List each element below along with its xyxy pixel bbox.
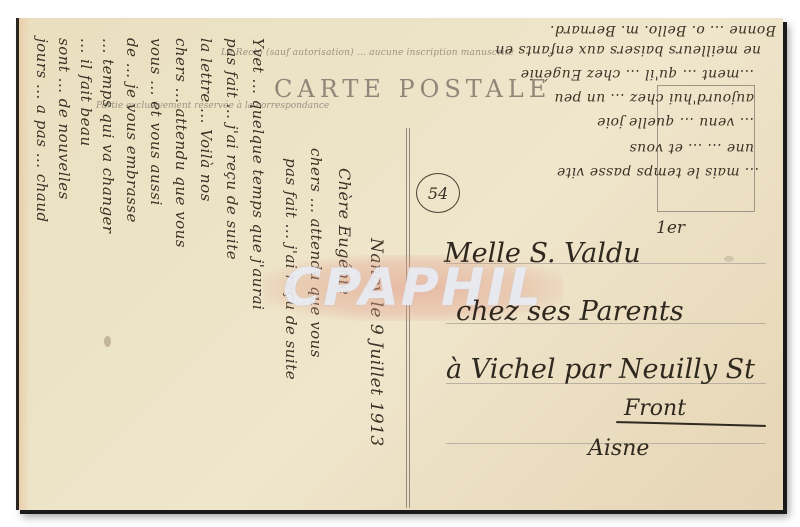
address-line-5: Aisne [588,436,649,461]
stain [104,336,111,347]
card-edge [16,18,19,510]
message-column: chers ... attendu que vous [306,148,326,358]
address-line-1: Melle S. Valdu [444,238,641,269]
message-column: pas fait ... j'ai reçu de suite [222,38,242,260]
upside-down-line: ...ment ... qu'il ... chez Eugénie [414,66,754,82]
circled-number: 54 [416,173,460,213]
address-line-2: chez ses Parents [456,296,684,327]
upside-down-line: aujourd'hui chez ... un peu [414,90,754,106]
message-column: ... il fait beau [76,38,96,147]
address-underline [616,421,766,427]
upside-down-line: ... mais le temps passe vite [414,164,759,180]
upside-down-line: ... venu ... quelle joie [414,114,754,130]
circled-number-text: 54 [428,184,448,203]
corner-mark: 1er [656,218,685,238]
upside-down-line: ne meilleurs baisers aux enfants en [416,42,761,58]
upside-down-line: Bonne ... o. Bello. m. Bernard. [436,22,776,38]
stain [724,256,734,262]
message-column: de ... je vous embrasse [122,38,142,223]
upside-down-line: une ... ... et vous [414,140,754,156]
message-column: chers ... attendu que vous [171,38,191,248]
message-column: vous ... et vous aussi [146,38,166,206]
message-column: ... temps qui va changer [98,38,118,234]
postcard: Le Recto (sauf autorisation) ... aucune … [16,18,783,510]
address-line-3: à Vichel par Neuilly St [446,354,755,385]
message-column: jours ... a pas ... chaud [32,38,52,223]
message-column: la lettre ... Voilà nos [196,38,216,202]
message-column: sont ... de nouvelles [54,38,74,200]
address-line-4: Front [624,396,686,421]
